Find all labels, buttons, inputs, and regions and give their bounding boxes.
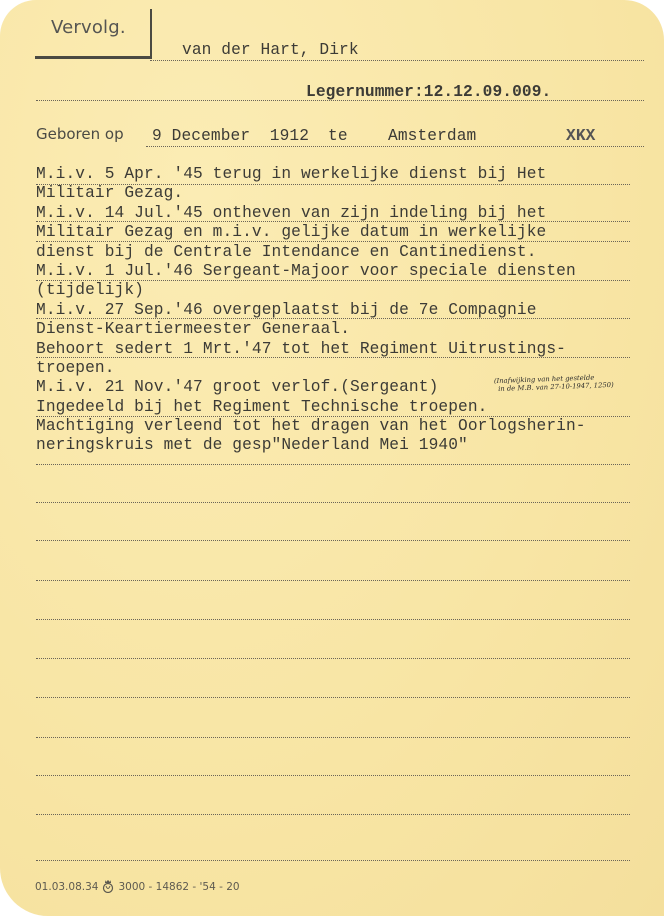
entry-line: neringskruis met de gesp"Nederland Mei 1… <box>36 436 586 455</box>
ruled-line <box>36 540 630 541</box>
ruled-line <box>36 860 630 861</box>
birth-place-label: te <box>328 127 348 145</box>
ruled-line <box>36 580 630 581</box>
entry-line: M.i.v. 1 Jul.'46 Sergeant-Majoor voor sp… <box>36 262 586 281</box>
name-line <box>150 60 644 61</box>
entry-line: Ingedeeld bij het Regiment Technische tr… <box>36 398 586 417</box>
ruled-line <box>36 697 630 698</box>
ruled-line <box>36 814 630 815</box>
entry-line: Militair Gezag. <box>36 184 586 203</box>
continuation-label: Vervolg. <box>51 17 126 38</box>
royal-crest-icon <box>102 879 114 893</box>
entry-line: M.i.v. 5 Apr. '45 terug in werkelijke di… <box>36 165 586 184</box>
form-code: 01.03.08.34 <box>35 881 98 893</box>
ruled-line <box>36 464 630 465</box>
entry-line: M.i.v. 14 Jul.'45 ontheven van zijn inde… <box>36 204 586 223</box>
ruled-line <box>36 775 630 776</box>
entry-line: M.i.v. 27 Sep.'46 overgeplaatst bij de 7… <box>36 301 586 320</box>
entry-line: dienst bij de Centrale Intendance en Can… <box>36 243 586 262</box>
print-reference: 3000 - 14862 - '54 - 20 <box>118 881 239 893</box>
service-entries: M.i.v. 5 Apr. '45 terug in werkelijke di… <box>36 165 586 456</box>
birth-place: Amsterdam <box>388 127 476 145</box>
entry-line: Machtiging verleend tot het dragen van h… <box>36 417 586 436</box>
entry-line: troepen. <box>36 359 586 378</box>
entry-line: Dienst-Keartiermeester Generaal. <box>36 320 586 339</box>
index-card: Vervolg. van der Hart, Dirk Legernummer:… <box>0 0 664 916</box>
legernummer: Legernummer:12.12.09.009. <box>306 83 551 101</box>
struck-text: XKX <box>566 127 595 145</box>
ruled-line <box>36 737 630 738</box>
person-name: van der Hart, Dirk <box>182 41 359 59</box>
continuation-box: Vervolg. <box>35 9 152 59</box>
birth-date: 9 December 1912 <box>152 127 309 145</box>
ruled-line <box>36 658 630 659</box>
handwritten-note: (Inafwijking van het gestelde in de M.B.… <box>494 373 614 393</box>
born-label: Geboren op <box>36 125 124 143</box>
entry-line: (tijdelijk) <box>36 281 586 300</box>
footer: 01.03.08.343000 - 14862 - '54 - 20 <box>35 879 240 893</box>
entry-line: Militair Gezag en m.i.v. gelijke datum i… <box>36 223 586 242</box>
birth-line <box>146 146 644 147</box>
entry-line: Behoort sedert 1 Mrt.'47 tot het Regimen… <box>36 340 586 359</box>
ruled-line <box>36 619 630 620</box>
ruled-line <box>36 502 630 503</box>
